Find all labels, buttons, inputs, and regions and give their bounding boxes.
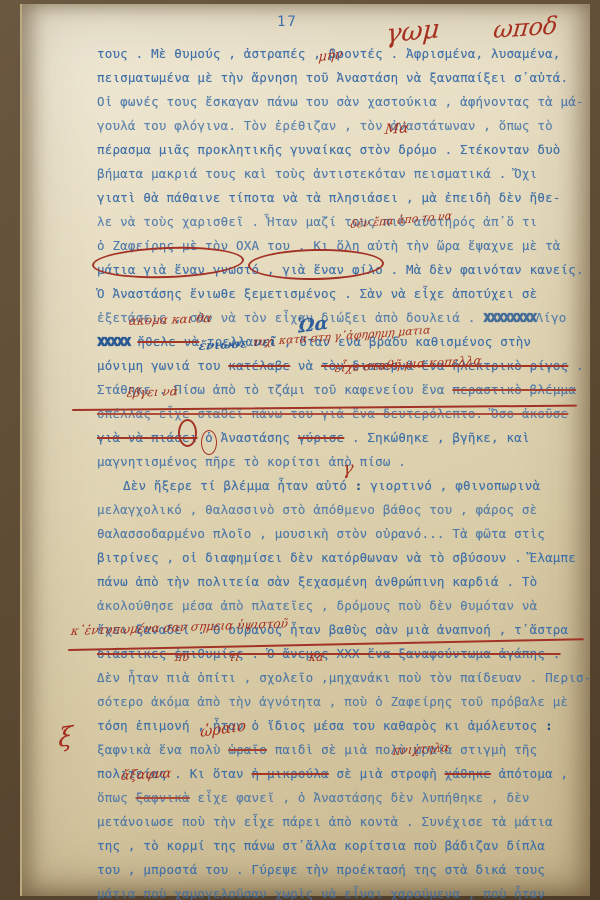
typescript-line: ἀκολούθησε μέσα ἀπὸ πλατεῖες , δρόμους π… <box>97 594 583 618</box>
typed-text: βιτρίνες , οἱ διαφημίσει δὲν κατόρθωναν … <box>97 550 576 565</box>
typed-text-struck: ξαφνικὰ <box>136 790 190 805</box>
typed-text: ὅπως <box>97 790 136 805</box>
handwritten-annotation: ἔνιωσε <box>198 336 249 353</box>
typed-text: βήματα μακριά τους καὶ τοὺς ἀντιστεκόταν… <box>97 166 537 181</box>
typescript-line: γιὰ νὰ πιάσει ὁ Ἀναστάσης γύρισε . Σηκώθ… <box>97 426 583 450</box>
typed-text: Ὁ Ἀναστάσης ἔνιωθε ξεμετισμένος . Σὰν νὰ… <box>97 286 537 301</box>
handwritten-annotation: γωμ <box>385 14 440 50</box>
typescript-line: γουλά του φλόγινα. Τὸν ἐρέθιζαν , τὸν ἀν… <box>97 114 583 138</box>
typed-text: . <box>568 358 583 373</box>
typescript-line: βήματα μακριά τους καὶ τοὺς ἀντιστεκόταν… <box>97 162 583 186</box>
typed-text: του , μπροστά του . Γύρεψε τὴν προέκτασή… <box>97 862 545 877</box>
typed-text: σότερο ἀκόμα ἀπὸ τὴν ἀγνότητα , ποὺ ὁ Ζα… <box>97 694 568 709</box>
typed-text: λε νὰ τοὺς χαρισθεῖ . Ἦταν μαζί τους πιὸ… <box>97 214 537 229</box>
typed-text-struck: γύρισε <box>298 430 344 445</box>
typescript-line: τόση ἐπιμονή , ἦταν ὁ ἴδιος μέσα του καθ… <box>97 714 583 738</box>
typescript-line: Δὲν ἤξερε τί βλέμμα ἦταν αὐτό : γιορτινό… <box>97 474 583 498</box>
typescript-line: Δὲν ἦταν πιὰ ὁπίτι , σχολεῖο ,μηχανάκι π… <box>97 666 583 690</box>
typed-text: : <box>545 718 553 733</box>
handwritten-annotation: ξ <box>58 722 73 754</box>
typescript-line: λε νὰ τοὺς χαρισθεῖ . Ἦταν μαζί τους πιὸ… <box>97 210 583 234</box>
handwritten-annotation: ωποδ <box>492 11 559 44</box>
typed-text: Δὲν ἦταν πιὰ ὁπίτι , σχολεῖο ,μηχανάκι π… <box>97 670 591 685</box>
red-ellipse-mark <box>178 419 197 447</box>
typescript-line: μάτια ποὺ χαμογελοῦσαν χωρὶς νὰ εἶναι χα… <box>97 882 583 900</box>
typed-text: θαλασσοδαρμένο πλοῖο , μουσικὴ στὸν οὐρα… <box>97 526 545 541</box>
typed-text-struck: ἤθελε νὰ <box>137 334 199 349</box>
typed-text: ξαφνικὰ ἕνα πολὺ <box>97 742 228 757</box>
handwritten-annotation: ἔβγει νὰ <box>126 384 179 400</box>
typescript-line: μελαγχολικό , θαλασσινὸ στὸ ἀπόθμενο βάθ… <box>97 498 583 522</box>
typed-text: . Σηκώθηκε , βγῆκε, καὶ <box>344 430 529 445</box>
paper-sheet: 17 τους . Μὲ θυμούς , ἀστραπές , βροντές… <box>20 4 590 896</box>
handwritten-annotation: κα <box>308 651 325 664</box>
page-number: 17 <box>277 14 298 30</box>
typed-text: γουλά του φλόγινα. Τὸν ἐρέθιζαν , τὸν ἀν… <box>97 118 553 133</box>
handwritten-annotation: Μὰ <box>384 120 409 138</box>
typescript-line: πεισματωμένα μὲ τὴν ἄρνηση τοῦ Ἀναστάση … <box>97 66 583 90</box>
typescript-line: διάστικες ἐπιθυμίες . Ὁ ἄνεμος ΧΧΧ ἕνα ξ… <box>97 642 583 666</box>
typed-text: της , τὸ κορμί της πάνω στ᾽ἄλλα κορίτσια… <box>97 838 545 853</box>
typed-text: : <box>355 478 363 493</box>
handwritten-annotation: ακομα και θα <box>128 311 213 328</box>
handwritten-annotation: μὴν <box>318 47 343 65</box>
typed-text: μάτια ποὺ χαμογελοῦσαν χωρὶς νὰ εἶναι χα… <box>97 886 545 900</box>
typed-text: πεισματωμένα μὲ τὴν ἄρνηση τοῦ Ἀναστάση … <box>97 70 568 85</box>
typed-text-struck: ἡ μικρούλα <box>252 766 329 781</box>
typescript-line: πέρασμα μιᾶς προκλητικῆς γυναίκας στὸν δ… <box>97 138 583 162</box>
handwritten-annotation: πυ <box>174 651 190 664</box>
typed-text-struck: χάθηκε <box>445 766 491 781</box>
typed-text-struck: περαστικὸ βλέμμα <box>452 382 576 397</box>
typescript-line: γιατὶ θὰ πάθαινε τίποτα νὰ τὰ πλησιάσει … <box>97 186 583 210</box>
typescript-line: του , μπροστά του . Γύρεψε τὴν προέκτασή… <box>97 858 583 882</box>
typescript-line: ξαφνικὰ ἕνα πολὺ ὡραῖο παιδὶ σὲ μιὰ πολὺ… <box>97 738 583 762</box>
typed-text: νὰ <box>290 358 321 373</box>
typed-text: Ἀναστάσης <box>213 430 298 445</box>
typed-text: εἶχε φανεῖ , ὁ Ἀναστάσης δὲν λυπήθηκε , … <box>190 790 530 805</box>
typed-text: Οἱ φωνές τους ἔσκαγαν πάνω του σὰν χαστο… <box>97 94 584 109</box>
typescript-line: Οἱ φωνές τους ἔσκαγαν πάνω του σὰν χαστο… <box>97 90 583 114</box>
typed-text: ὁ <box>205 430 213 445</box>
photo-background: 17 τους . Μὲ θυμούς , ἀστραπές , βροντές… <box>0 0 600 900</box>
typed-text: σὲ μιὰ στροφὴ <box>329 766 445 781</box>
typescript-line: ὅπως ξαφνικὰ εἶχε φανεῖ , ὁ Ἀναστάσης δὲ… <box>97 786 583 810</box>
typed-text: πέρασμα μιᾶς προκλητικῆς γυναίκας στὸν δ… <box>97 142 561 157</box>
typed-text: τόση ἐπιμονή , ἦταν ὁ ἴδιος μέσα του καθ… <box>97 718 545 733</box>
typescript-line: σότερο ἀκόμα ἀπὸ τὴν ἀγνότητα , ποὺ ὁ Ζα… <box>97 690 583 714</box>
typed-text: γιατὶ θὰ πάθαινε τίποτα νὰ τὰ πλησιάσει … <box>97 190 561 205</box>
typed-overstrike: ΧΧΧΧΧΧΧΧ <box>483 310 535 325</box>
typed-text-struck: ὡραῖο <box>228 742 267 757</box>
typed-text: Λίγο <box>536 310 567 325</box>
typed-text: ἀπότομα , <box>491 766 568 781</box>
handwritten-annotation: ἄξαφνα <box>120 766 172 784</box>
typed-text-struck: κατέλαβε <box>228 358 290 373</box>
typescript-line: θαλασσοδαρμένο πλοῖο , μουσικὴ στὸν οὐρα… <box>97 522 583 546</box>
typed-text: μετάνοιωσε ποὺ τὴν εἶχε πάρει ἀπὸ κοντὰ … <box>97 814 553 829</box>
typed-text: γιορτινό , φθινοπωρινὰ <box>363 478 541 493</box>
typescript-line: πάνω ἀπὸ τὴν πολιτεία σὰν ξεχασμένη ἀνθρ… <box>97 570 583 594</box>
typed-text: Δὲν ἤξερε τί βλέμμα ἦταν αὐτό <box>123 478 355 493</box>
typed-text: πάνω ἀπὸ τὴν πολιτεία σὰν ξεχασμένη ἀνθρ… <box>97 574 537 589</box>
typed-overstrike: ΧΧΧΧΧ <box>97 334 130 349</box>
typed-text: μόνιμη γωνιά του <box>97 358 228 373</box>
typescript-line: μαγνητισμένος πῆρε τὸ κορίτσι ἀπὸ πίσω . <box>97 450 583 474</box>
handwritten-annotation: γ <box>342 458 354 480</box>
typescript-line: της , τὸ κορμί της πάνω στ᾽ἄλλα κορίτσια… <box>97 834 583 858</box>
typescript-line: βιτρίνες , οἱ διαφημίσει δὲν κατόρθωναν … <box>97 546 583 570</box>
typed-text: ἀκολούθησε μέσα ἀπὸ πλατεῖες , δρόμους π… <box>97 598 537 613</box>
typescript-line: Ὁ Ἀναστάσης ἔνιωθε ξεμετισμένος . Σὰν νὰ… <box>97 282 583 306</box>
typescript-line: μετάνοιωσε ποὺ τὴν εἶχε πάρει ἀπὸ κοντὰ … <box>97 810 583 834</box>
typed-text: μελαγχολικό , θαλασσινὸ στὸ ἀπόθμενο βάθ… <box>97 502 537 517</box>
typed-text: μαγνητισμένος πῆρε τὸ κορίτσι ἀπὸ πίσω . <box>97 454 406 469</box>
